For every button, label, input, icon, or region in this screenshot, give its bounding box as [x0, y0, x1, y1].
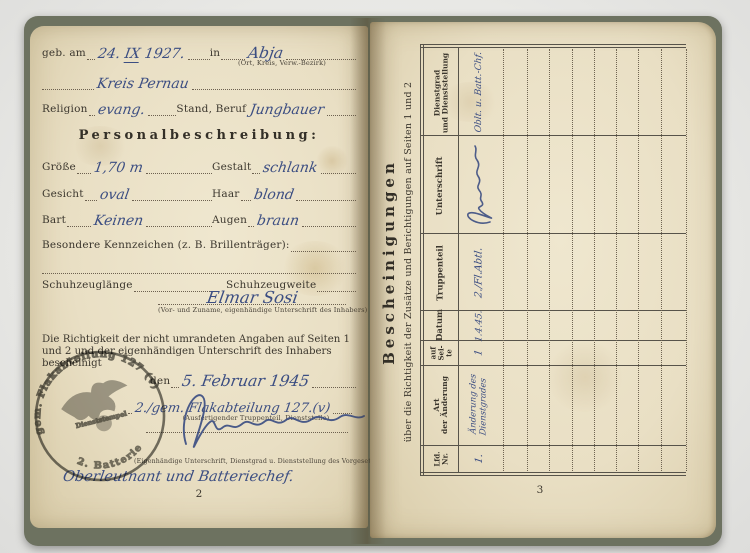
haar-label: Haar [212, 188, 241, 201]
row1-nr-cell: 1. [466, 439, 493, 479]
page-right: Bescheinigungen über die Richtigkeit der… [370, 22, 716, 538]
col-header-datum-text: Datum [436, 309, 446, 341]
table-column-line [420, 365, 686, 366]
field-row-kennzeichen-2 [42, 254, 356, 274]
row1-seite-value: 1 [474, 349, 486, 357]
groesse-value: 1,70 m [90, 160, 147, 176]
field-row-face: Gesicht oval Haar blond [42, 181, 356, 201]
officer-signature [170, 388, 370, 452]
row1-art-value: Änderung des Dienstgrades [470, 374, 490, 437]
gesicht-value: oval [95, 187, 133, 203]
row1-signature-scrawl [464, 144, 494, 228]
col-header-auf-seite: auf Sei- te [424, 340, 458, 365]
table-row-divider [572, 49, 573, 471]
stamp-bottom-arc-text: 2. Batterie [73, 440, 148, 478]
dotted-line [327, 100, 356, 116]
occupation-label: Stand, Beruf [176, 103, 247, 116]
table-row-divider [549, 49, 550, 471]
table-column-line [420, 310, 686, 311]
table-border-line [420, 47, 686, 48]
dotted-line [132, 185, 212, 201]
field-gestalt: Gestalt schlank [212, 158, 356, 174]
field-row-size: Größe 1,70 m Gestalt schlank [42, 154, 356, 174]
svg-text:2. Batterie: 2. Batterie [73, 440, 148, 478]
field-row-date: den 5. Februar 1945 [150, 368, 356, 388]
table-row-divider [527, 49, 528, 471]
augen-label: Augen [212, 214, 248, 227]
field-augen: Augen braun [212, 211, 356, 227]
table-column-line [420, 233, 686, 234]
owner-signature-caption: (Vor- und Zuname, eigenhändige Unterschr… [158, 306, 346, 314]
dotted-line [286, 44, 356, 60]
dotted-line [146, 211, 212, 227]
table-row-divider [661, 49, 662, 471]
gestalt-label: Gestalt [212, 161, 252, 174]
schuhlaenge-label: Schuhzeuglänge [42, 279, 134, 292]
birth-place-value: Abja [244, 44, 288, 62]
page-title-rotated: Bescheinigungen über die Richtigkeit der… [369, 47, 425, 477]
owner-signature-block: Elmar Sosi (Vor- und Zuname, eigenhändig… [158, 288, 346, 314]
haar-value: blond [249, 187, 297, 203]
field-haar: Haar blond [212, 185, 356, 201]
bart-label: Bart [42, 214, 67, 227]
section-heading-personalbeschreibung: Personalbeschreibung: [30, 128, 368, 143]
gesicht-label: Gesicht [42, 188, 85, 201]
col-header-lfd-nr-text: Lfd. Nr. [433, 451, 449, 466]
table-row-divider [686, 49, 687, 471]
table-border-line [420, 44, 686, 45]
religion-label: Religion [42, 103, 89, 116]
page-title: Bescheinigungen [380, 159, 398, 365]
dotted-line [321, 158, 356, 174]
paper-stain [545, 342, 625, 412]
birth-month: IX [123, 46, 141, 63]
dotted-line [67, 211, 91, 227]
dotted-line [291, 236, 356, 252]
table-column-line [420, 340, 686, 341]
dotted-line [77, 158, 91, 174]
gestalt-value: schlank [259, 160, 322, 176]
col-header-auf-seite-text: auf Sei- te [429, 345, 452, 360]
dotted-line [241, 185, 251, 201]
district-value: Kreis Pernau [93, 76, 193, 92]
religion-value: evang. [93, 102, 149, 118]
dotted-line [146, 158, 212, 174]
table-row-divider [594, 49, 595, 471]
row1-dienstgrad-value: Oblt. u. Batt.-Chf. [474, 51, 484, 133]
table-row-divider [616, 49, 617, 471]
field-row-beard: Bart Keinen Augen braun [42, 207, 356, 227]
table-border-line [420, 472, 686, 473]
field-row-district: Kreis Pernau [42, 70, 356, 90]
table-column-line [420, 445, 686, 446]
row1-unterschrift-cell [430, 166, 528, 206]
row1-seite-cell: 1 [467, 333, 492, 373]
page-number-right: 3 [370, 484, 710, 496]
dotted-line [302, 211, 356, 227]
row1-dienstgrad-cell: Oblt. u. Batt.-Chf. [435, 73, 524, 113]
field-row-birth: geb. am 24. IX 1927. in Abja [42, 40, 356, 60]
page-subtitle: über die Richtigkeit der Zusätze und Ber… [403, 82, 414, 442]
row1-art-cell: Änderung des Dienstgrades [440, 385, 520, 425]
col-header-datum: Datum [424, 310, 458, 340]
dotted-line [148, 100, 177, 116]
row1-truppenteil-value: 2./Fl.Abtl. [474, 247, 486, 299]
table-border-line [420, 44, 421, 475]
groesse-label: Größe [42, 161, 77, 174]
table-border-line [420, 475, 686, 476]
table-column-line [420, 135, 686, 136]
birth-date-value: 24. IX 1927. [94, 46, 189, 62]
page-left: geb. am 24. IX 1927. in Abja (Ort, Kreis… [30, 26, 368, 528]
birth-place-label: in [210, 47, 222, 60]
dotted-line [192, 74, 356, 90]
dotted-line [42, 74, 94, 90]
birth-date-label: geb. am [42, 47, 87, 60]
kennzeichen-label: Besondere Kennzeichen (z. B. Brillenträg… [42, 239, 291, 252]
birth-year: 1927. [143, 46, 186, 62]
scanned-book-spread: geb. am 24. IX 1927. in Abja (Ort, Kreis… [0, 0, 750, 553]
dotted-line [296, 185, 356, 201]
dotted-line [312, 372, 356, 388]
birth-day: 24. [97, 46, 122, 62]
augen-value: braun [253, 213, 304, 229]
bart-value: Keinen [90, 213, 148, 229]
dotted-line [221, 44, 245, 60]
occupation-value: Jungbauer [246, 102, 328, 118]
row1-truppenteil-cell: 2./Fl.Abtl. [442, 253, 517, 293]
row1-nr-value: 1. [474, 453, 486, 464]
field-row-religion: Religion evang. Stand, Beruf Jungbauer [42, 96, 356, 116]
field-gesicht: Gesicht oval [42, 185, 212, 201]
field-bart: Bart Keinen [42, 211, 212, 227]
owner-signature: Elmar Sosi [191, 288, 313, 307]
field-row-kennzeichen: Besondere Kennzeichen (z. B. Brillenträg… [42, 232, 356, 252]
field-groesse: Größe 1,70 m [42, 158, 212, 174]
col-header-lfd-nr: Lfd. Nr. [424, 445, 458, 472]
table-row-divider [638, 49, 639, 471]
dotted-line [85, 185, 97, 201]
dotted-line [188, 44, 210, 60]
